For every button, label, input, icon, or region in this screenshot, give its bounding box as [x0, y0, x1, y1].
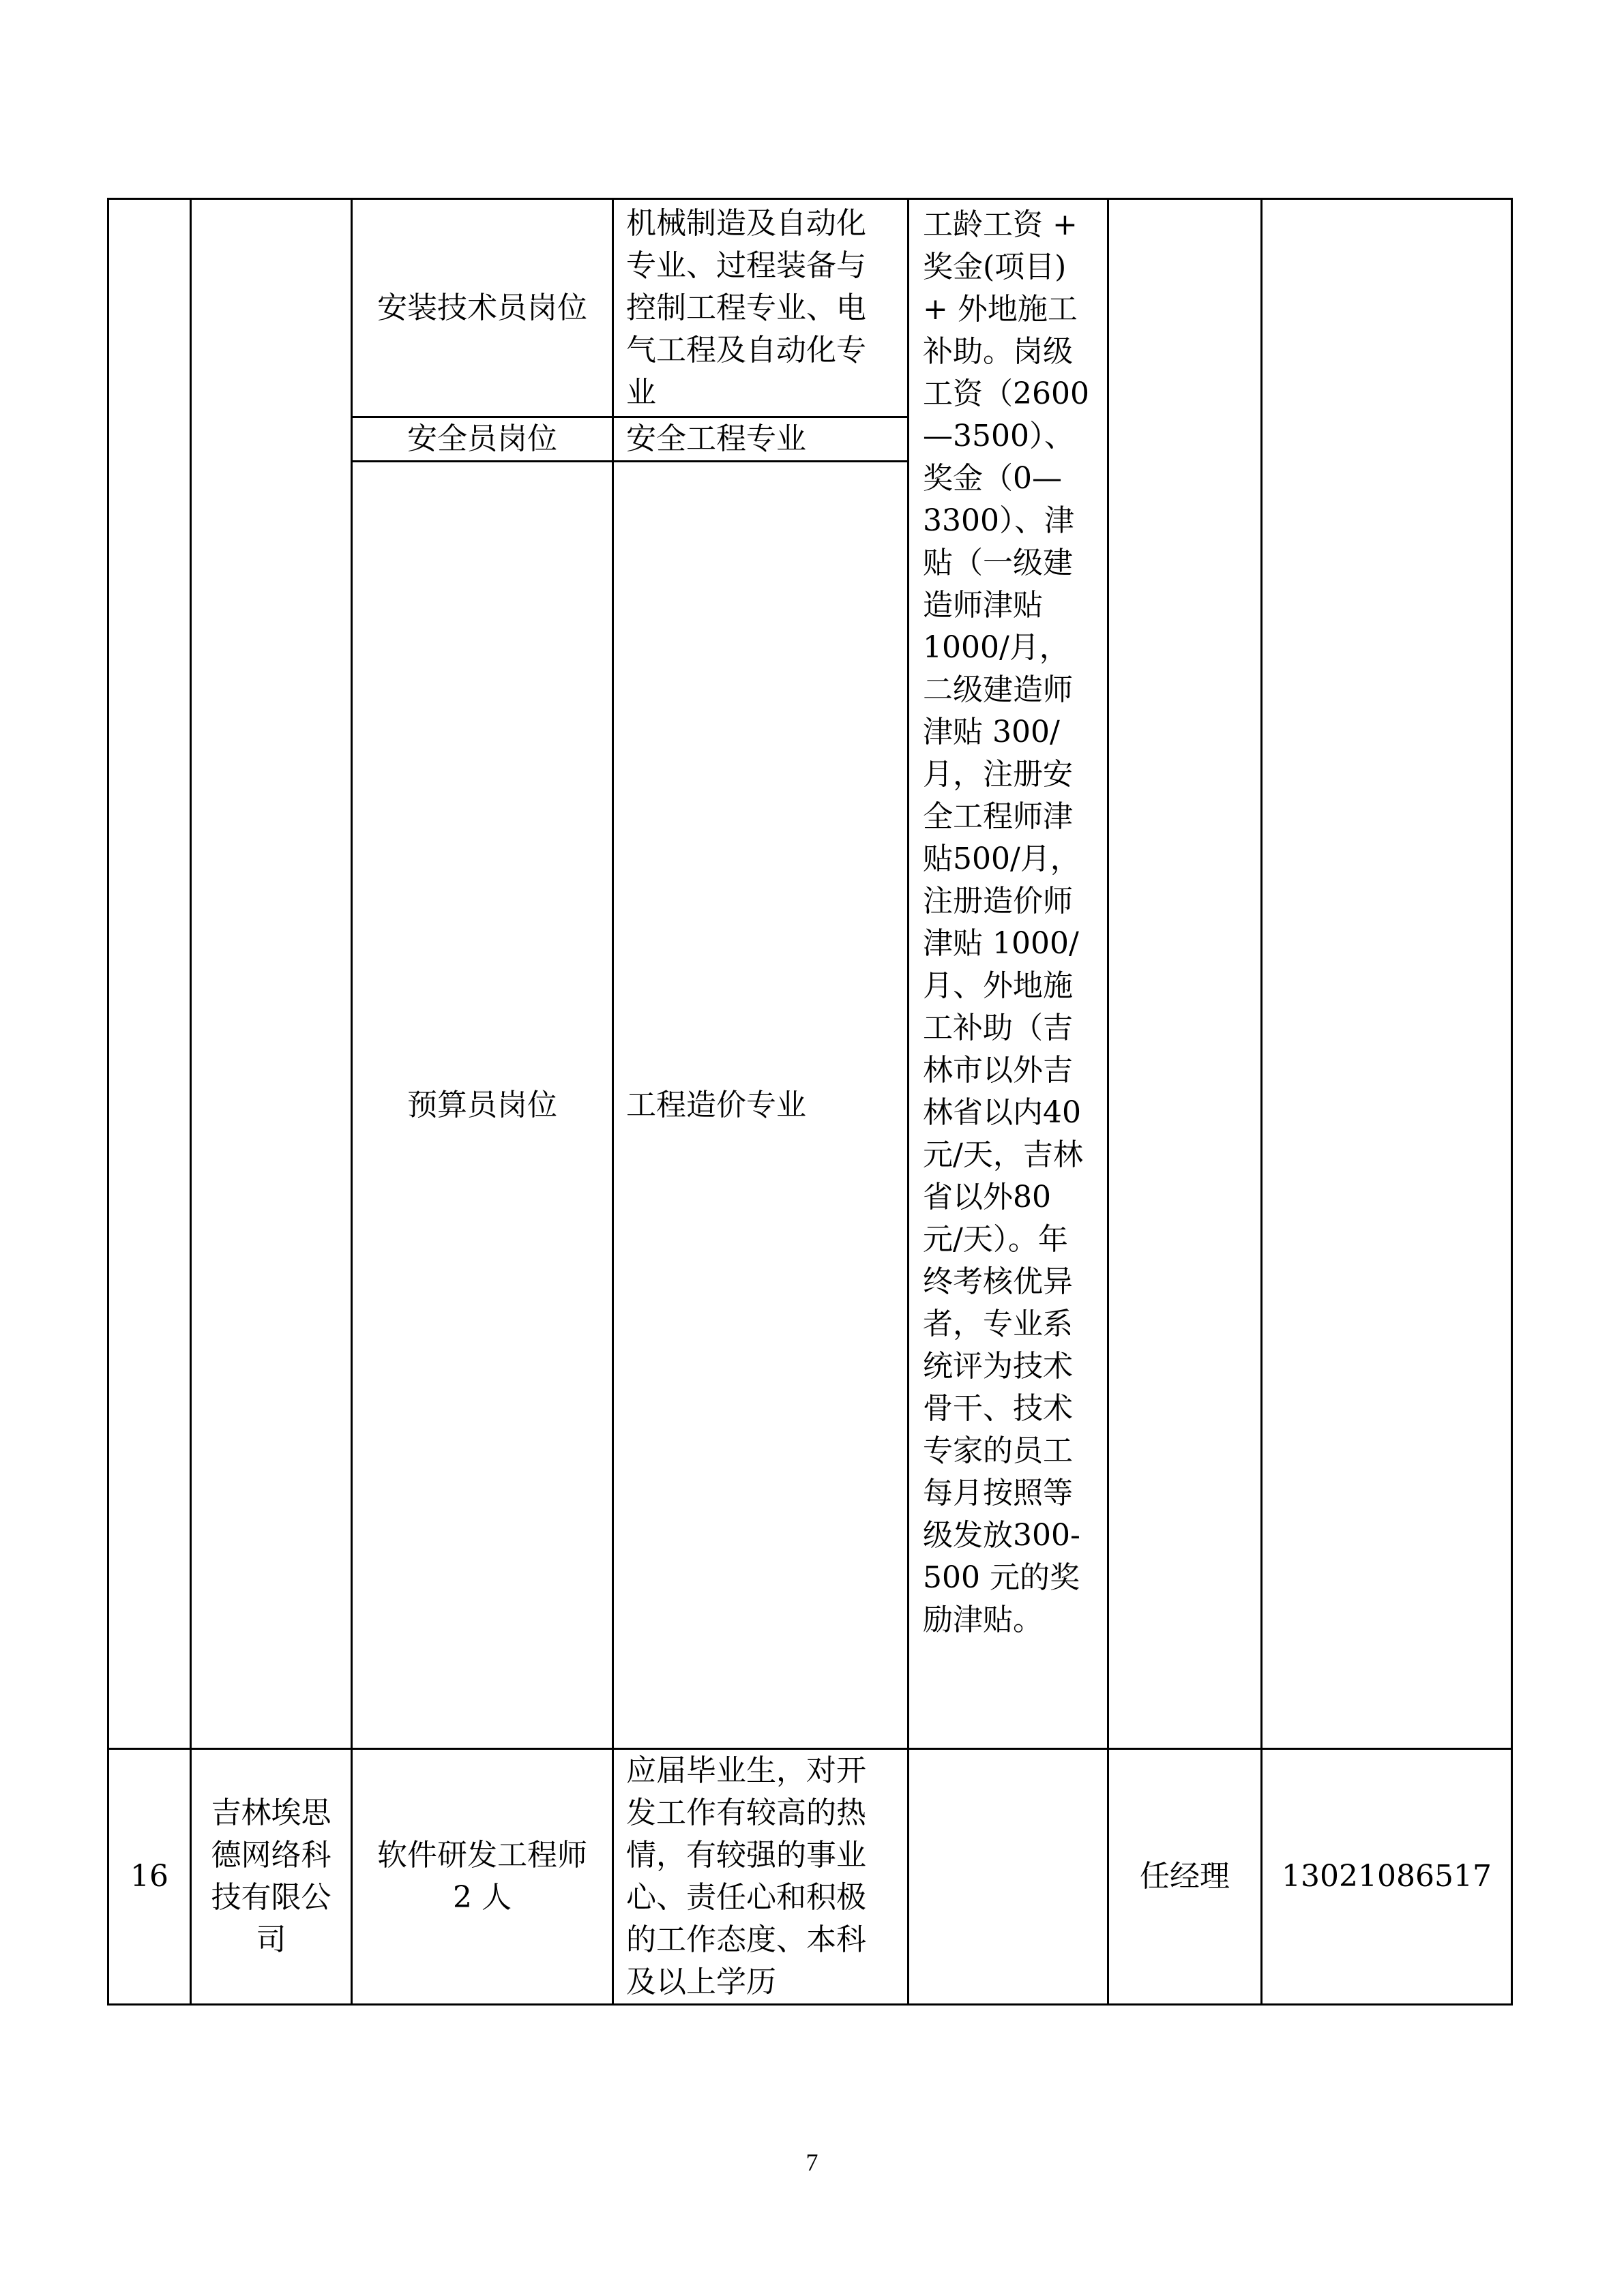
position-cell: 软件研发工程师 2 人 [352, 1749, 613, 2005]
major-cell: 安全工程专业 [613, 417, 909, 462]
major-cell: 机械制造及自动化专业、过程装备与控制工程专业、电气工程及自动化专业 [613, 199, 909, 417]
position-cell: 预算员岗位 [352, 462, 613, 1749]
requirements-cell: 应届毕业生，对开发工作有较高的热情，有较强的事业心、责任心和积极的工作态度、本科… [613, 1749, 909, 2005]
position-cell: 安全员岗位 [352, 417, 613, 462]
table-row: 16 吉林埃思德网络科技有限公司 软件研发工程师 2 人 应届毕业生，对开发工作… [108, 1749, 1512, 2005]
recruitment-table: 安装技术员岗位 机械制造及自动化专业、过程装备与控制工程专业、电气工程及自动化专… [107, 198, 1513, 2006]
company-cell-cont [191, 199, 352, 1749]
company-cell: 吉林埃思德网络科技有限公司 [191, 1749, 352, 2005]
contact-cell-cont [1108, 199, 1262, 1749]
salary-cell [909, 1749, 1108, 2005]
phone-cell-cont [1262, 199, 1512, 1749]
page-number: 7 [0, 2148, 1624, 2177]
contact-cell: 任经理 [1108, 1749, 1262, 2005]
index-cell: 16 [108, 1749, 191, 2005]
table-row: 安装技术员岗位 机械制造及自动化专业、过程装备与控制工程专业、电气工程及自动化专… [108, 199, 1512, 417]
position-cell: 安装技术员岗位 [352, 199, 613, 417]
salary-cell: 工龄工资 + 奖金(项目) + 外地施工补助。岗级工资（2600—3500）、奖… [909, 199, 1108, 1749]
index-cell-cont [108, 199, 191, 1749]
phone-cell: 13021086517 [1262, 1749, 1512, 2005]
major-cell: 工程造价专业 [613, 462, 909, 1749]
